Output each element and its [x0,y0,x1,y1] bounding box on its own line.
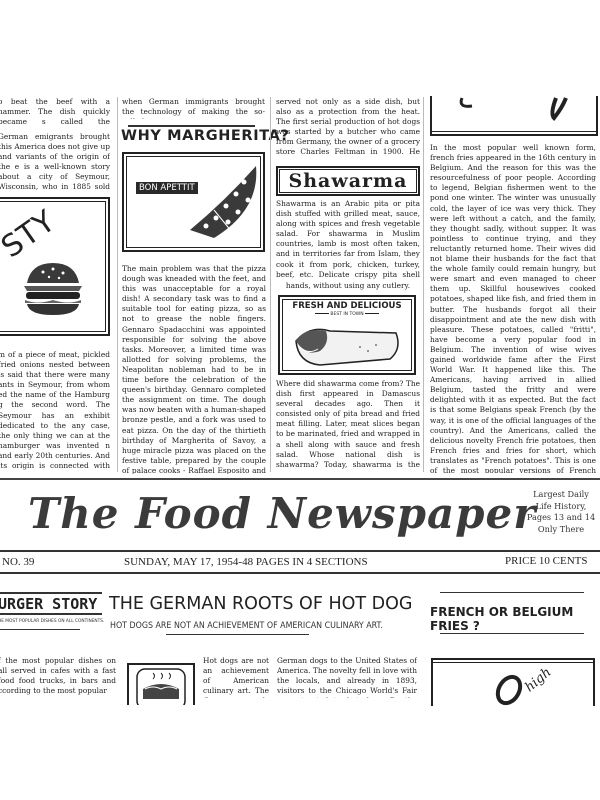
hotdog-text-narrow: Hot dogs are not an achievement of Ameri… [203,656,269,698]
shawarma-heading: Shawarma [289,170,408,192]
hotdog-text-wide: German dogs to the United States of Amer… [277,656,417,698]
burger-article-mid: German emigrants brought this America do… [0,132,110,194]
dateline-top-rule [0,550,600,552]
ad-subtitle-text: BEST IN TOWN [330,312,363,317]
hotdog-article-continued: served not only as a side dish, but also… [276,97,420,159]
ad-title: FRESH AND DELICIOUS [280,301,414,311]
shawarma-heading-box: Shawarma [276,166,420,196]
pizza-icon [186,160,260,244]
issue-number: NO. 39 [2,556,34,568]
burger-story-heading: URGER STORY [0,592,102,615]
fries-heading-rule-bottom [440,633,584,634]
burger-story-rule [0,629,80,630]
hotdog-heading: THE GERMAN ROOTS OF HOT DOG [109,594,412,614]
price: PRICE 10 CENTS [505,555,588,567]
fries-illustration-top [430,96,598,136]
script-lettering-icon: high [493,668,563,706]
column-rule-3 [423,97,424,472]
hotdog-illustration [127,663,195,705]
burger-image-word: STY [0,204,62,265]
fries-heading-rule-top [440,592,584,593]
dateline-bottom-rule [0,572,600,574]
burger-icon [21,259,85,317]
hotdog-subheading-rule [166,634,309,635]
shawarma-article-mid: Shawarma is an Arabic pita or pita dish … [276,199,420,281]
shawarma-wrap-icon [290,321,404,369]
hotdog-subheading: HOT DOGS ARE NOT AN ACHIEVEMENT OF AMERI… [110,621,383,631]
shawarma-ad: FRESH AND DELICIOUS BEST IN TOWN [278,295,416,375]
hotdog-icon [129,665,193,705]
burger-article-bottom: m of a piece of meat, pickled fried onio… [0,350,110,472]
side-note-line-3: Pages 13 and 14 [522,512,600,524]
script-lettering-icon [452,96,582,126]
masthead-top-rule [0,478,600,480]
burger-story-subheading: HE MOST POPULAR DISHES ON ALL CONTINENTS… [0,619,104,624]
fries-article-body: In the most popular well known form, fre… [430,143,596,473]
masthead-side-note: Largest Daily Life History, Pages 13 and… [522,489,600,535]
pizza-article-top: when German immigrants brought the techn… [122,97,265,119]
burger-illustration: STY [0,197,110,336]
pizza-illustration: BON APETTIT [122,152,265,252]
fries-heading: FRENCH OR BELGIUM FRIES ? [430,605,600,633]
dateline: SUNDAY, MAY 17, 1954-48 PAGES IN 4 SECTI… [124,556,368,568]
pizza-heading: WHY MARGHERITA? [121,128,289,144]
ad-subtitle: BEST IN TOWN [280,312,414,317]
column-rule-1 [117,97,118,472]
side-note-line-2: Life History, [522,501,600,513]
fries-illustration: high [431,658,595,706]
burger-story-title: URGER STORY [0,595,97,613]
burger-article-top: o beat the beef with a hammer. The dish … [0,97,110,127]
pizza-divider [128,125,255,127]
pizza-article-body: The main problem was that the pizza doug… [122,264,266,474]
side-note-line-4: Only There [522,524,600,536]
burger-story-text: f the most popular dishes on all served … [0,656,116,698]
svg-text:high: high [522,668,554,695]
column-rule-2 [270,97,271,472]
shawarma-article-mid-last: hands, without using any cutlery. [276,281,420,291]
masthead-title: The Food Newspaper [28,490,536,538]
side-note-line-1: Largest Daily [522,489,600,501]
shawarma-article-bottom: Where did shawarma come from? The dish f… [276,379,420,471]
